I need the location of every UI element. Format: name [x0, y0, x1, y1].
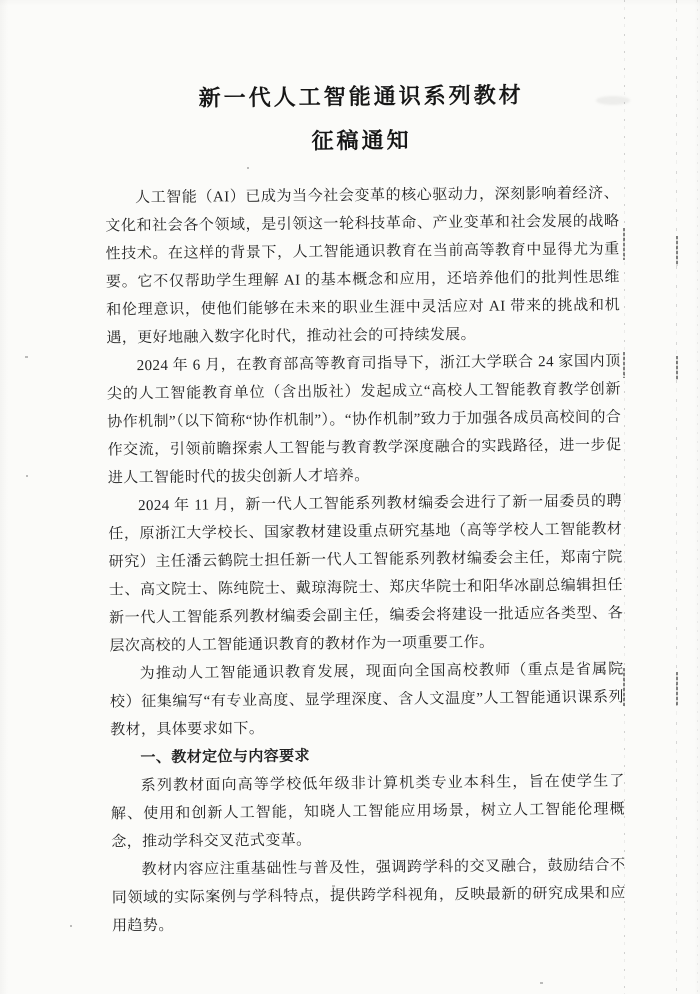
scan-artifact-segment — [676, 356, 678, 380]
scan-artifact-speck — [540, 982, 543, 984]
paragraph-target-audience: 系列教材面向高等学校低年级非计算机类专业本科生，旨在使学生了解、使用和创新人工智… — [111, 768, 626, 857]
scan-artifact-speck — [25, 356, 28, 358]
scan-artifact-dashed-line — [697, 0, 698, 994]
document-subtitle: 征稿通知 — [104, 124, 618, 159]
scan-artifact-speck — [26, 475, 28, 477]
paragraph-call-for-manuscripts: 为推动人工智能通识教育发展，现面向全国高校教师（重点是省属院校）征集编写“有专业… — [110, 656, 625, 745]
document-content: 新一代人工智能通识系列教材 征稿通知 人工智能（AI）已成为当今社会变革的核心驱… — [104, 80, 626, 941]
scan-artifact-dashed-line — [676, 0, 677, 994]
scan-artifact-segment — [623, 352, 625, 378]
paragraph-collaboration-mechanism: 2024 年 6 月，在教育部高等教育司指导下，浙江大学联合 24 家国内顶尖的… — [107, 348, 622, 493]
paragraph-intro-ai-importance: 人工智能（AI）已成为当今社会变革的核心驱动力，深刻影响着经济、文化和社会各个领… — [105, 180, 621, 353]
document-body: 人工智能（AI）已成为当今社会变革的核心驱动力，深刻影响着经济、文化和社会各个领… — [105, 180, 626, 941]
scan-artifact-segment — [623, 228, 625, 260]
scan-artifact-segment — [676, 672, 678, 706]
scan-artifact-speck — [70, 925, 72, 927]
scan-artifact-segment — [676, 236, 678, 266]
document-title: 新一代人工智能通识系列教材 — [104, 80, 618, 115]
scanned-document-page: 新一代人工智能通识系列教材 征稿通知 人工智能（AI）已成为当今社会变革的核心驱… — [0, 0, 700, 994]
paragraph-editorial-committee: 2024 年 11 月，新一代人工智能系列教材编委会进行了新一届委员的聘任，原浙… — [108, 488, 624, 661]
paragraph-content-requirements: 教材内容应注重基础性与普及性，强调跨学科的交叉融合，鼓励结合不同领域的实际案例与… — [111, 851, 626, 940]
